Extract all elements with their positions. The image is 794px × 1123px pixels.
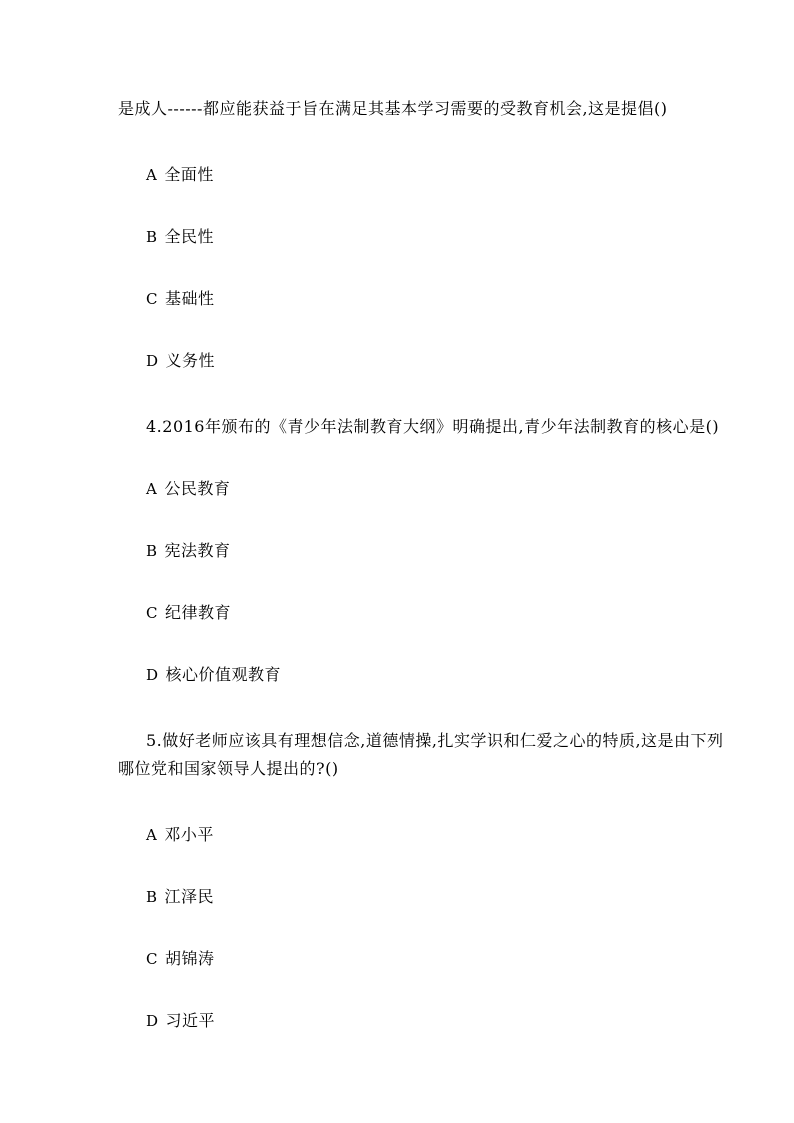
question-4-text-line: 4.2016年颁布的《青少年法制教育大纲》明确提出,青少年法制教育的核心是() (118, 413, 718, 441)
question-4-option-c: C纪律教育 (118, 599, 718, 627)
option-text: 义务性 (166, 351, 216, 370)
question-3-text-line: 是成人------都应能获益于旨在满足其基本学习需要的受教育机会,这是提倡() (118, 95, 718, 123)
option-text: 核心价值观教育 (166, 665, 282, 684)
option-letter: B (146, 888, 158, 906)
question-4-option-a: A公民教育 (118, 475, 718, 503)
question-4-option-b: B宪法教育 (118, 537, 718, 565)
question-block-4: 4.2016年颁布的《青少年法制教育大纲》明确提出,青少年法制教育的核心是() … (118, 413, 718, 689)
option-text: 全面性 (164, 165, 214, 184)
option-letter: D (146, 666, 159, 684)
option-text: 全民性 (165, 227, 215, 246)
question-block-5: 5.做好老师应该具有理想信念,道德情操,扎实学识和仁爱之心的特质,这是由下列 哪… (118, 727, 718, 1035)
option-text: 宪法教育 (165, 541, 231, 560)
question-4-option-d: D核心价值观教育 (118, 661, 718, 689)
question-5-option-d: D习近平 (118, 1007, 718, 1035)
question-5-text-line-1: 5.做好老师应该具有理想信念,道德情操,扎实学识和仁爱之心的特质,这是由下列 (118, 727, 718, 755)
option-letter: C (146, 290, 158, 308)
question-3-option-a: A全面性 (118, 161, 718, 189)
question-3-option-c: C基础性 (118, 285, 718, 313)
question-5-option-a: A邓小平 (118, 821, 718, 849)
document-content: 是成人------都应能获益于旨在满足其基本学习需要的受教育机会,这是提倡() … (118, 95, 718, 1035)
option-text: 纪律教育 (165, 603, 231, 622)
option-text: 基础性 (165, 289, 215, 308)
question-3-option-d: D义务性 (118, 347, 718, 375)
option-letter: B (146, 542, 158, 560)
document-page: 是成人------都应能获益于旨在满足其基本学习需要的受教育机会,这是提倡() … (0, 0, 794, 1123)
option-letter: C (146, 950, 158, 968)
option-letter: C (146, 604, 158, 622)
option-letter: A (146, 166, 157, 184)
option-text: 江泽民 (165, 887, 215, 906)
option-letter: A (146, 480, 157, 498)
option-letter: D (146, 1012, 159, 1030)
question-3-option-b: B全民性 (118, 223, 718, 251)
question-5-text: 5.做好老师应该具有理想信念,道德情操,扎实学识和仁爱之心的特质,这是由下列 哪… (118, 727, 718, 783)
option-text: 习近平 (166, 1011, 216, 1030)
option-letter: B (146, 228, 158, 246)
option-letter: D (146, 352, 159, 370)
question-block-3-continuation: 是成人------都应能获益于旨在满足其基本学习需要的受教育机会,这是提倡() … (118, 95, 718, 375)
option-text: 公民教育 (164, 479, 230, 498)
question-5-text-line-2: 哪位党和国家领导人提出的?() (118, 755, 718, 783)
option-text: 胡锦涛 (165, 949, 215, 968)
option-letter: A (146, 826, 157, 844)
question-5-option-c: C胡锦涛 (118, 945, 718, 973)
option-text: 邓小平 (164, 825, 214, 844)
question-5-option-b: B江泽民 (118, 883, 718, 911)
